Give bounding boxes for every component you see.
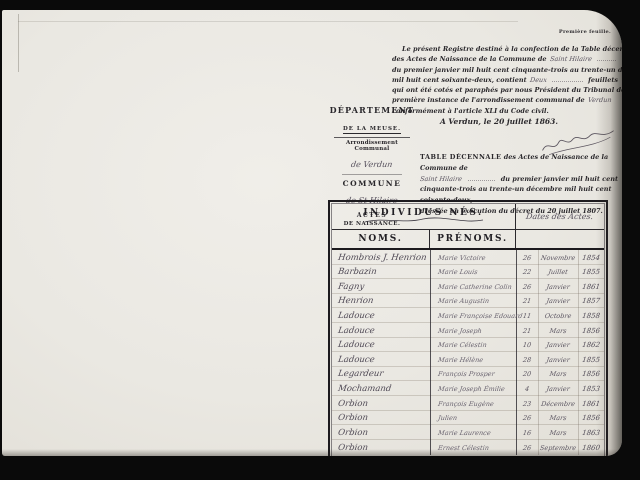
page-fold-line-horizontal [18,21,518,22]
row-prenoms: François Prosper [429,369,517,380]
table-row: Legardeur François Prosper 20 Mars 1856 [332,367,604,382]
title-line-2: Saint Hilaire du premier janvier mil hui… [420,174,618,185]
row-day: 16 [515,428,539,439]
row-prenoms: Marie Augustin [429,296,517,307]
row-month: Novembre [537,253,579,264]
margin-rule [334,137,410,138]
table-row: Ladouce Marie Hélène 28 Janvier 1855 [332,352,604,367]
row-day: 22 [515,267,539,278]
row-day: 28 [515,355,539,366]
row-prenoms: Julien [429,413,517,424]
row-month: Mars [537,369,579,380]
row-prenoms: Marie Laurence [429,428,517,439]
table-row: Orbion Julien 26 Mars 1856 [332,411,604,426]
row-day: 21 [515,326,539,337]
row-day: 20 [515,369,539,380]
fill-line [552,76,584,82]
preamble-line-5: qui ont été cotés et paraphés par nous P… [392,85,618,95]
commune-name-title-handwritten: Saint Hilaire [419,174,463,185]
row-day: 26 [515,253,539,264]
dates-des-actes-label: Dates des Actes. [526,212,594,221]
row-nom: Orbion [332,399,431,410]
row-nom: Orbion [332,413,431,424]
row-nom: Barbazin [332,267,431,278]
row-prenoms: Marie Joseph [429,326,517,337]
row-day: 26 [515,413,539,424]
row-day: 26 [515,282,539,293]
table-row: Ladouce Marie Célestin 10 Janvier 1862 [332,338,604,353]
row-nom: Ladouce [332,326,431,337]
table-decennale-caps: TABLE DÉCENNALE [420,153,501,161]
row-prenoms: Marie Catherine Colin [429,282,517,293]
row-nom: Fagny [332,282,431,293]
table-row: Hombrois J. Henrion Marie Victoire 26 No… [332,250,604,265]
page-fold-line-vertical [18,14,19,72]
registre-preamble: Le présent Registre destiné à la confect… [392,44,618,127]
row-day: 11 [515,311,539,322]
preamble-line-7: conformément à l'article XLI du Code civ… [392,106,618,116]
scan-background: Première feuille. Le présent Registre de… [0,0,640,480]
header-brace-flourish [363,209,485,228]
row-prenoms: Marie Joseph Émilie [429,384,517,395]
preamble-line-1: Le présent Registre destiné à la confect… [392,44,618,54]
row-day: 4 [515,384,539,395]
preamble-line-6: première instance de l'arrondissement co… [392,95,618,105]
row-month: Mars [537,428,579,439]
register-page: Première feuille. Le présent Registre de… [2,10,622,456]
row-month: Décembre [537,399,579,410]
row-prenoms: Marie Victoire [429,253,517,264]
table-row: Ladouce Marie Françoise Edouard 11 Octob… [332,308,604,323]
table-row: Barbazin Marie Louis 22 Juillet 1855 [332,265,604,280]
row-prenoms: Marie Célestin [429,340,517,351]
arrondissement-name-handwritten: de Verdun [351,160,394,169]
table-inner-border: INDIVIDUS NÉS. Dates des Actes. NOMS. PR… [331,203,605,456]
table-header-columns-row: NOMS. PRÉNOMS. [332,230,604,250]
row-nom: Ladouce [332,355,431,366]
row-month: Janvier [537,340,579,351]
table-row: Mochamand Marie Joseph Émilie 4 Janvier … [332,381,604,396]
row-nom: Henrion [332,296,431,307]
page-bottom-shadow [2,449,622,456]
dates-des-actes-cell: Dates des Actes. [516,204,604,229]
row-nom: Mochamand [332,384,431,395]
row-month: Mars [537,413,579,424]
row-nom: Ladouce [332,340,431,351]
row-prenoms: François Eugène [429,399,517,410]
row-prenoms: Marie Louis [429,267,517,278]
prenoms-column-header: PRÉNOMS. [430,230,516,248]
row-prenoms: Marie Hélène [429,355,517,366]
pencil-rule-month-year [578,250,579,455]
row-day: 21 [515,296,539,307]
table-row: Fagny Marie Catherine Colin 26 Janvier 1… [332,279,604,294]
book-gutter-shadow [596,10,622,456]
table-row: Orbion François Eugène 23 Décembre 1861 [332,396,604,411]
fill-line [468,175,495,181]
row-month: Mars [537,326,579,337]
column-rule-noms-prenoms [430,250,431,455]
preamble-line-4: mil huit cent soixante-deux, contient De… [392,75,618,85]
pencil-rule-day-month [538,250,539,455]
row-day: 10 [515,340,539,351]
arrondissement-label: Arrondissement Communal [328,140,416,152]
margin-rule-thin [342,174,402,175]
sheet-count-handwritten: Deux [529,75,547,85]
preamble-line-2-printed: des Actes de Naissance de la Commune de [392,54,547,64]
row-month: Octobre [537,311,579,322]
table-rows: Hombrois J. Henrion Marie Victoire 26 No… [332,250,604,454]
row-month: Janvier [537,355,579,366]
preamble-line-2: des Actes de Naissance de la Commune de … [392,54,618,64]
row-prenoms: Marie Françoise Edouard [429,311,517,322]
row-nom: Hombrois J. Henrion [332,253,431,264]
commune-label: COMMUNE [328,179,416,188]
title-line-1: TABLE DÉCENNALE des Actes de Naissance d… [420,152,618,174]
commune-name-handwritten: Saint Hilaire [549,54,592,64]
decennial-table: INDIVIDUS NÉS. Dates des Actes. NOMS. PR… [328,200,608,456]
row-month: Janvier [537,296,579,307]
departement-label: DÉPARTEMENT [328,105,416,115]
table-row: Orbion Marie Laurence 16 Mars 1863 [332,425,604,440]
preamble-line-3: du premier janvier mil huit cent cinquan… [392,65,618,75]
column-rule-prenoms-dates [516,250,517,455]
row-nom: Legardeur [332,369,431,380]
table-body: Hombrois J. Henrion Marie Victoire 26 No… [332,250,604,455]
table-row: Ladouce Marie Joseph 21 Mars 1856 [332,323,604,338]
departement-name: DE LA MEUSE. [343,126,401,134]
individus-nes-cell: INDIVIDUS NÉS. [332,204,516,229]
preamble-line-4-printed: mil huit cent soixante-deux, contient [392,75,527,85]
noms-column-header: NOMS. [332,230,430,248]
row-nom: Ladouce [332,311,431,322]
row-month: Juillet [537,267,579,278]
table-header-group-row: INDIVIDUS NÉS. Dates des Actes. [332,204,604,230]
preamble-line-6-printed: première instance de l'arrondissement co… [392,95,585,105]
table-row: Henrion Marie Augustin 21 Janvier 1857 [332,294,604,309]
row-nom: Orbion [332,428,431,439]
row-day: 23 [515,399,539,410]
dates-column-header-empty [516,230,604,248]
row-month: Janvier [537,282,579,293]
row-month: Janvier [537,384,579,395]
